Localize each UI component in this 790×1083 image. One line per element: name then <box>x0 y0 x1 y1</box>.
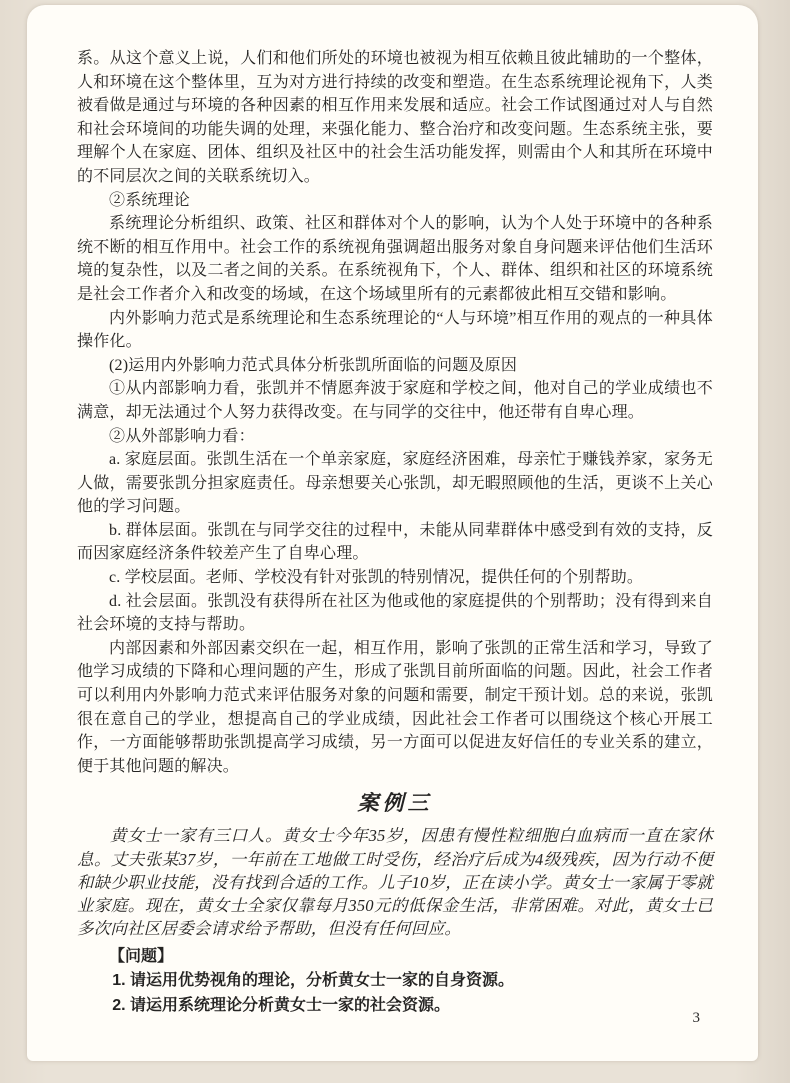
paragraph-school-level: c. 学校层面。老师、学校没有针对张凯的特别情况，提供任何的个别帮助。 <box>77 566 713 590</box>
scanned-book-background: { "doc": { "page_number": "3", "colors":… <box>0 0 790 1083</box>
page-content: 系。从这个意义上说，人们和他们所处的环境也被视为相互依赖且彼此辅助的一个整体，人… <box>77 47 713 1018</box>
book-page: 系。从这个意义上说，人们和他们所处的环境也被视为相互依赖且彼此辅助的一个整体，人… <box>27 5 758 1061</box>
paragraph-analysis-heading: (2)运用内外影响力范式具体分析张凯所面临的问题及原因 <box>77 354 713 378</box>
paragraph-conclusion: 内部因素和外部因素交织在一起，相互作用，影响了张凯的正常生活和学习，导致了他学习… <box>77 637 713 779</box>
question-item-2: 2. 请运用系统理论分析黄女士一家的社会资源。 <box>77 994 713 1019</box>
paragraph-paradigm-note: 内外影响力范式是系统理论和生态系统理论的“人与环境”相互作用的观点的一种具体操作… <box>77 307 713 354</box>
paragraph-external-influence-heading: ②从外部影响力看： <box>77 425 713 449</box>
paragraph-internal-influence: ①从内部影响力看，张凯并不情愿奔波于家庭和学校之间，他对自己的学业成绩也不满意，… <box>77 377 713 424</box>
paragraph-family-level: a. 家庭层面。张凯生活在一个单亲家庭，家庭经济困难，母亲忙于赚钱养家，家务无人… <box>77 448 713 519</box>
paragraph-society-level: d. 社会层面。张凯没有获得所在社区为他或他的家庭提供的个别帮助；没有得到来自社… <box>77 590 713 637</box>
case-three-heading: 案例三 <box>77 787 713 817</box>
questions-label: 【问题】 <box>77 945 713 969</box>
paragraph-continued: 系。从这个意义上说，人们和他们所处的环境也被视为相互依赖且彼此辅助的一个整体，人… <box>77 47 713 189</box>
case-three-body: 黄女士一家有三口人。黄女士今年35岁，因患有慢性粒细胞白血病而一直在家休息。丈夫… <box>77 824 713 940</box>
paragraph-peer-level: b. 群体层面。张凯在与同学交往的过程中，未能从同辈群体中感受到有效的支持，反而… <box>77 519 713 566</box>
question-item-1: 1. 请运用优势视角的理论，分析黄女士一家的自身资源。 <box>77 969 713 994</box>
paragraph-systems-theory-heading: ②系统理论 <box>77 189 713 213</box>
paragraph-systems-theory-body: 系统理论分析组织、政策、社区和群体对个人的影响，认为个人处于环境中的各种系统不断… <box>77 212 713 306</box>
page-number: 3 <box>693 1010 701 1027</box>
